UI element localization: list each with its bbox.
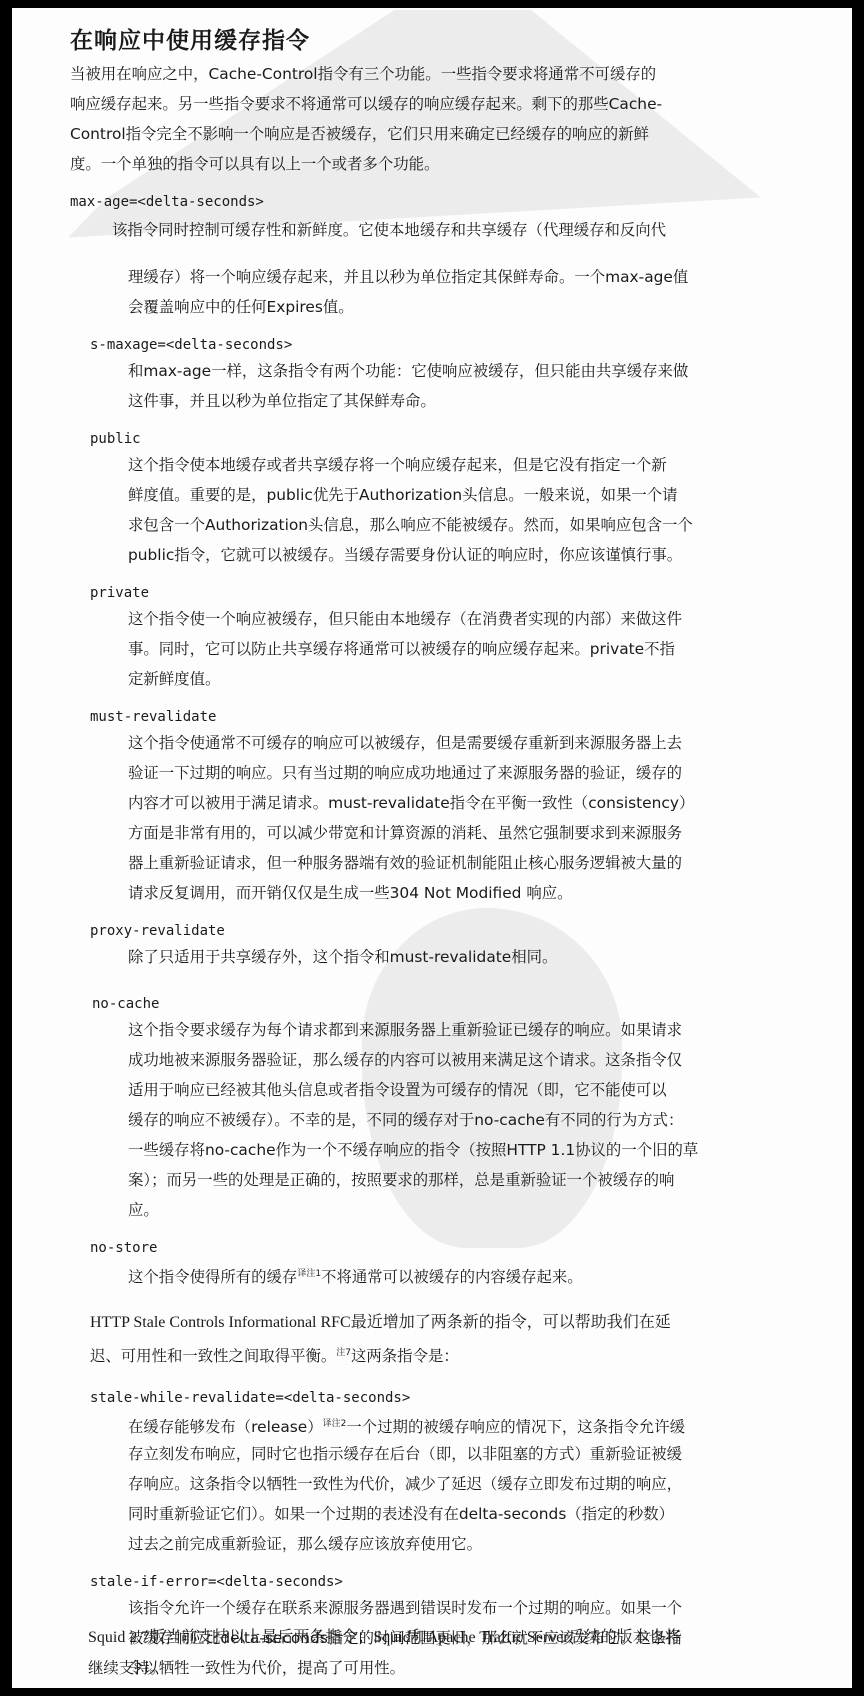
directive-term: proxy-revalidate — [90, 921, 225, 941]
directive-line: 该指令允许一个缓存在联系来源服务器遇到错误时发布一个过期的响应。如果一个 — [128, 1598, 682, 1618]
directive-term: must-revalidate — [90, 707, 216, 727]
translator-note-ref[interactable]: 译注2 — [323, 1419, 347, 1429]
closing-line: 继续支持。 — [88, 1658, 165, 1678]
section-title: 在响应中使用缓存指令 — [70, 22, 310, 55]
directive-line: 验证一下过期的响应。只有当过期的响应成功地通过了来源服务器的验证，缓存的 — [128, 763, 682, 783]
directive-line: 成功地被来源服务器验证，那么缓存的内容可以被用来满足这个请求。这条指令仅 — [128, 1050, 682, 1070]
directive-line: 方面是非常有用的，可以减少带宽和计算资源的消耗、虽然它强制要求到来源服务 — [128, 823, 682, 843]
text-span: 这个指令使得所有的缓存 — [128, 1268, 297, 1286]
intro-line: 响应缓存起来。另一些指令要求不将通常可以缓存的响应缓存起来。剩下的那些Cache… — [70, 94, 662, 114]
directive-term: s-maxage=<delta-seconds> — [90, 335, 292, 355]
directive-term: no-cache — [92, 994, 159, 1014]
directive-line: 内容才可以被用于满足请求。must-revalidate指令在平衡一致性（con… — [128, 793, 694, 813]
directive-line: 令以牺牲一致性为代价，提高了可用性。 — [128, 1658, 405, 1678]
footnote-ref[interactable]: 注7 — [336, 1348, 351, 1358]
directive-line: 求包含一个Authorization头信息，那么响应不能被缓存。然而，如果响应包… — [128, 515, 693, 535]
directive-line: 这个指令使得所有的缓存译注1不将通常可以被缓存的内容缓存起来。 — [128, 1264, 583, 1287]
directive-line: 存立刻发布响应，同时它也指示缓存在后台（即，以非阻塞的方式）重新验证被缓 — [128, 1444, 682, 1464]
directive-line: 除了只适用于共享缓存外，这个指令和must-revalidate相同。 — [128, 947, 557, 967]
directive-line: 存响应。这条指令以牺牲一致性为代价，减少了延迟（缓存立即发布过期的响应， — [128, 1474, 682, 1494]
directive-line: 这个指令要求缓存为每个请求都到来源服务器上重新验证已缓存的响应。如果请求 — [128, 1020, 682, 1040]
directive-line: 会覆盖响应中的任何Expires值。 — [128, 297, 354, 317]
text-span: 这两条指令是： — [351, 1347, 459, 1365]
rfc-line: HTTP Stale Controls Informational RFC最近增… — [90, 1313, 671, 1333]
directive-line: 鲜度值。重要的是，public优先于Authorization头信息。一般来说，… — [128, 485, 678, 505]
text-span: 迟、可用性和一致性之间取得平衡。 — [90, 1347, 336, 1365]
directive-line: 在缓存能够发布（release）译注2一个过期的被缓存响应的情况下，这条指令允许… — [128, 1414, 685, 1437]
directive-line: 事。同时，它可以防止共享缓存将通常可以被缓存的响应缓存起来。private不指 — [128, 639, 675, 659]
directive-term: public — [90, 429, 141, 449]
directive-line: 过去之前完成重新验证，那么缓存应该放弃使用它。 — [128, 1534, 482, 1554]
directive-line: 应。 — [128, 1200, 159, 1220]
directive-line: 器上重新验证请求，但一种服务器端有效的验证机制能阻止核心服务逻辑被大量的 — [128, 853, 682, 873]
rfc-line: 迟、可用性和一致性之间取得平衡。注7这两条指令是： — [90, 1343, 459, 1366]
intro-line: Control指令完全不影响一个响应是否被缓存，它们只用来确定已经缓存的响应的新… — [70, 124, 649, 144]
directive-line: 案）；而另一些的处理是正确的，按照要求的那样，总是重新验证一个被缓存的响 — [128, 1170, 674, 1190]
book-page: 在响应中使用缓存指令 当被用在响应之中，Cache-Control指令有三个功能… — [12, 8, 852, 1688]
directive-term: max-age=<delta-seconds> — [70, 192, 264, 212]
directive-line: 缓存的响应不被缓存）。不幸的是，不同的缓存对于no-cache有不同的行为方式： — [128, 1110, 683, 1130]
directive-line: 这个指令使本地缓存或者共享缓存将一个响应缓存起来，但是它没有指定一个新 — [128, 455, 667, 475]
text-span: 不将通常可以被缓存的内容缓存起来。 — [321, 1268, 583, 1286]
intro-line: 度。一个单独的指令可以具有以上一个或者多个功能。 — [70, 154, 439, 174]
directive-line: 这个指令使通常不可缓存的响应可以被缓存，但是需要缓存重新到来源服务器上去 — [128, 733, 682, 753]
directive-line: public指令，它就可以被缓存。当缓存需要身份认证的响应时，你应该谨慎行事。 — [128, 545, 682, 565]
directive-line: 定新鲜度值。 — [128, 669, 220, 689]
directive-term: stale-while-revalidate=<delta-seconds> — [90, 1388, 410, 1408]
directive-term: stale-if-error=<delta-seconds> — [90, 1572, 343, 1592]
directive-line: 适用于响应已经被其他头信息或者指令设置为可缓存的情况（即，它不能使可以 — [128, 1080, 667, 1100]
text-span: 一个过期的被缓存响应的情况下，这条指令允许缓 — [346, 1418, 685, 1436]
directive-term: no-store — [90, 1238, 157, 1258]
text-span: 在缓存能够发布（release） — [128, 1418, 323, 1436]
directive-term: private — [90, 583, 149, 603]
directive-line: 请求反复调用，而开销仅仅是生成一些304 Not Modified 响应。 — [128, 883, 573, 903]
closing-line: Squid 2.7版当前支持以上最后两条指令；Squid和Apache Traf… — [88, 1628, 681, 1648]
directive-line: 该指令同时控制可缓存性和新鲜度。它使本地缓存和共享缓存（代理缓存和反向代 — [112, 220, 666, 240]
directive-line: 一些缓存将no-cache作为一个不缓存响应的指令（按照HTTP 1.1协议的一… — [128, 1140, 698, 1160]
directive-line: 理缓存）将一个响应缓存起来，并且以秒为单位指定其保鲜寿命。一个max-age值 — [128, 267, 688, 287]
directive-line: 这个指令使一个响应被缓存，但只能由本地缓存（在消费者实现的内部）来做这件 — [128, 609, 682, 629]
directive-line: 同时重新验证它们）。如果一个过期的表述没有在delta-seconds（指定的秒… — [128, 1504, 674, 1524]
translator-note-ref[interactable]: 译注1 — [297, 1269, 321, 1279]
intro-line: 当被用在响应之中，Cache-Control指令有三个功能。一些指令要求将通常不… — [70, 64, 656, 84]
directive-line: 和max-age一样，这条指令有两个功能：它使响应被缓存，但只能由共享缓存来做 — [128, 361, 688, 381]
directive-line: 这件事，并且以秒为单位指定了其保鲜寿命。 — [128, 391, 436, 411]
